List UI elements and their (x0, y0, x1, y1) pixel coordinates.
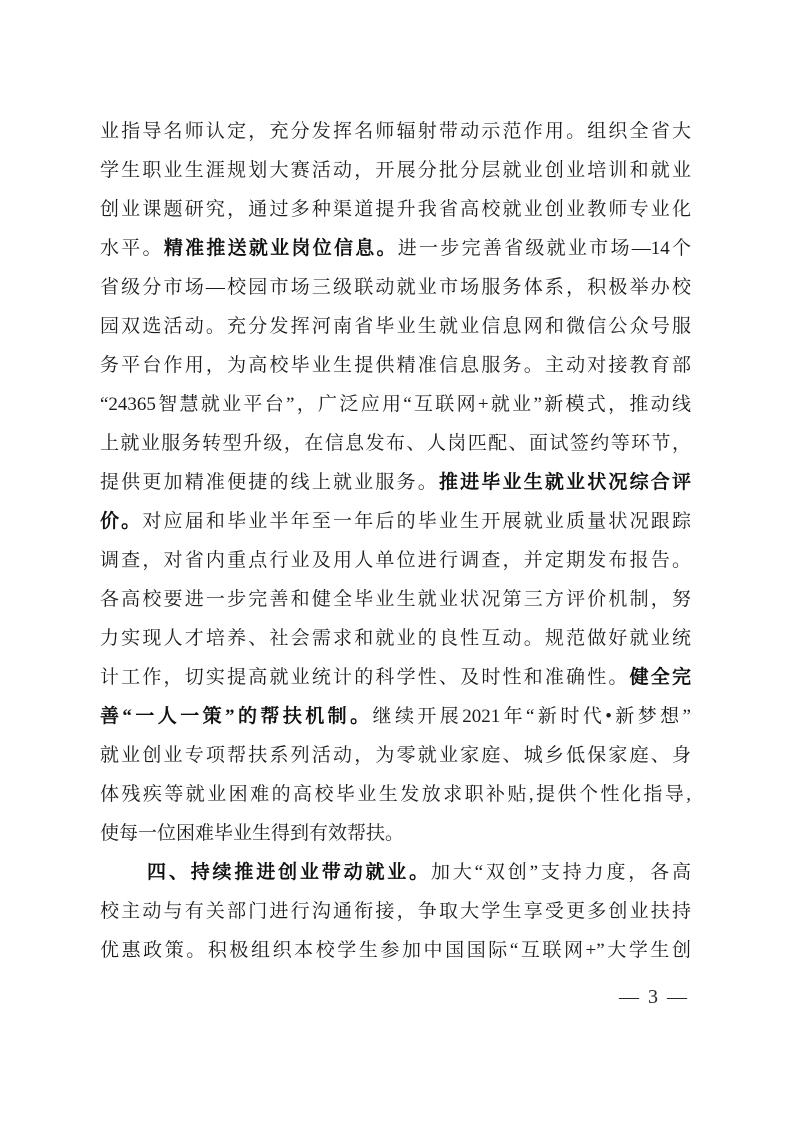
text-segment: 务平台作用，为高校毕业生提供精准信息服务。主动对接教育部 (100, 355, 691, 376)
text-segment: 学生职业生涯规划大赛活动，开展分批分层就业创业培训和就业 (100, 160, 691, 181)
text-line: 各高校要进一步完善和健全毕业生就业状况第三方评价机制，努 (100, 580, 691, 619)
text-line: 创业课题研究，通过多种渠道提升我省高校就业创业教师专业化 (100, 190, 691, 229)
text-segment: 提供更加精准便捷的线上就业服务。 (100, 472, 439, 493)
text-segment: 各高校要进一步完善和健全毕业生就业状况第三方评价机制，努 (100, 589, 691, 610)
text-segment: 省级分市场—校园市场三级联动就业市场服务体系，积极举办校 (100, 277, 691, 298)
text-block: 业指导名师认定，充分发挥名师辐射带动示范作用。组织全省大学生职业生涯规划大赛活动… (100, 112, 691, 970)
text-line: 提供更加精准便捷的线上就业服务。推进毕业生就业状况综合评 (100, 463, 691, 502)
emphasis-segment: 推进毕业生就业状况综合评 (439, 472, 691, 493)
text-line: 园双选活动。充分发挥河南省毕业生就业信息网和微信公众号服 (100, 307, 691, 346)
emphasis-segment: 四、持续推进创业带动就业。 (147, 862, 431, 883)
text-segment: 优惠政策。积极组织本校学生参加中国国际“互联网+”大学生创 (100, 940, 691, 961)
text-segment: 使每一位困难毕业生得到有效帮扶。 (100, 823, 404, 844)
document-page: 业指导名师认定，充分发挥名师辐射带动示范作用。组织全省大学生职业生涯规划大赛活动… (0, 0, 793, 1122)
text-line: 力实现人才培养、社会需求和就业的良性互动。规范做好就业统 (100, 619, 691, 658)
text-line: 计工作，切实提高就业统计的科学性、及时性和准确性。健全完 (100, 658, 691, 697)
text-line: 校主动与有关部门进行沟通衔接，争取大学生享受更多创业扶持 (100, 892, 691, 931)
text-line: 务平台作用，为高校毕业生提供精准信息服务。主动对接教育部 (100, 346, 691, 385)
text-line: 优惠政策。积极组织本校学生参加中国国际“互联网+”大学生创 (100, 931, 691, 970)
text-line: 善“一人一策”的帮扶机制。继续开展2021年“新时代•新梦想” (100, 697, 691, 736)
emphasis-segment: 健全完 (630, 667, 691, 688)
text-segment: 创业课题研究，通过多种渠道提升我省高校就业创业教师专业化 (100, 199, 691, 220)
text-segment: 继续开展2021年“新时代•新梦想” (373, 706, 691, 727)
text-segment: 计工作，切实提高就业统计的科学性、及时性和准确性。 (100, 667, 630, 688)
text-segment: 调查，对省内重点行业及用人单位进行调查，并定期发布报告。 (100, 550, 691, 571)
text-line: 水平。精准推送就业岗位信息。进一步完善省级就业市场—14个 (100, 229, 691, 268)
text-line: 省级分市场—校园市场三级联动就业市场服务体系，积极举办校 (100, 268, 691, 307)
text-segment: 业指导名师认定，充分发挥名师辐射带动示范作用。组织全省大 (100, 121, 691, 142)
page-number: — 3 — (619, 983, 689, 1011)
text-line: 就业创业专项帮扶系列活动，为零就业家庭、城乡低保家庭、身 (100, 736, 691, 775)
text-segment: 水平。 (100, 238, 164, 259)
text-line: 学生职业生涯规划大赛活动，开展分批分层就业创业培训和就业 (100, 151, 691, 190)
text-segment: 就业创业专项帮扶系列活动，为零就业家庭、城乡低保家庭、身 (100, 745, 691, 766)
text-line: 上就业服务转型升级，在信息发布、人岗匹配、面试签约等环节， (100, 424, 691, 463)
emphasis-segment: 善“一人一策”的帮扶机制。 (100, 706, 373, 727)
text-segment: 园双选活动。充分发挥河南省毕业生就业信息网和微信公众号服 (100, 316, 691, 337)
text-line: 业指导名师认定，充分发挥名师辐射带动示范作用。组织全省大 (100, 112, 691, 151)
text-line: 体残疾等就业困难的高校毕业生发放求职补贴,提供个性化指导, (100, 775, 691, 814)
emphasis-segment: 精准推送就业岗位信息。 (164, 238, 398, 259)
text-segment: 体残疾等就业困难的高校毕业生发放求职补贴,提供个性化指导, (100, 784, 691, 805)
text-line: 价。对应届和毕业半年至一年后的毕业生开展就业质量状况跟踪 (100, 502, 691, 541)
text-line: 调查，对省内重点行业及用人单位进行调查，并定期发布报告。 (100, 541, 691, 580)
text-segment: “24365智慧就业平台”，广泛应用“互联网+就业”新模式，推动线 (100, 394, 691, 415)
text-segment: 力实现人才培养、社会需求和就业的良性互动。规范做好就业统 (100, 628, 691, 649)
text-line: “24365智慧就业平台”，广泛应用“互联网+就业”新模式，推动线 (100, 385, 691, 424)
emphasis-segment: 价。 (100, 511, 142, 532)
text-segment: 进一步完善省级就业市场—14个 (398, 238, 691, 259)
text-line: 四、持续推进创业带动就业。加大“双创”支持力度，各高 (100, 853, 691, 892)
text-line: 使每一位困难毕业生得到有效帮扶。 (100, 814, 691, 853)
text-segment: 对应届和毕业半年至一年后的毕业生开展就业质量状况跟踪 (142, 511, 691, 532)
text-segment: 上就业服务转型升级，在信息发布、人岗匹配、面试签约等环节， (100, 433, 691, 454)
text-segment: 加大“双创”支持力度，各高 (431, 862, 691, 883)
text-segment: 校主动与有关部门进行沟通衔接，争取大学生享受更多创业扶持 (100, 901, 691, 922)
